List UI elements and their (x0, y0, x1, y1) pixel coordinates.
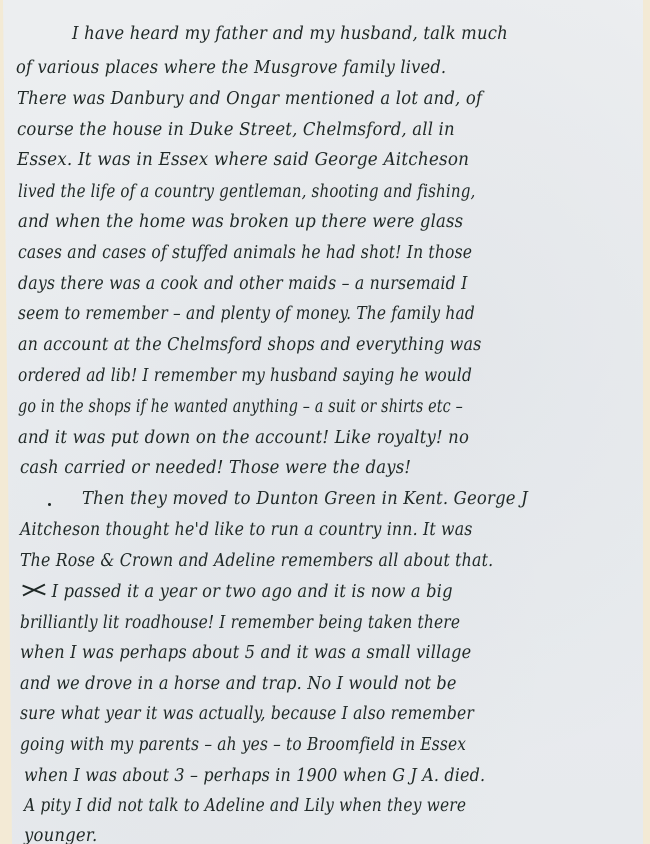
text-line-content: I passed it a year or two ago and it is … (52, 582, 453, 602)
text-line: and when the home was broken up there we… (18, 210, 463, 234)
text-line: I have heard my father and my husband, t… (72, 22, 508, 46)
text-line: cash carried or needed! Those were the d… (20, 456, 411, 480)
handwritten-letter: I have heard my father and my husband, t… (0, 0, 650, 844)
text-line: Essex. It was in Essex where said George… (17, 148, 469, 172)
text-line: when I was about 3 – perhaps in 1900 whe… (24, 764, 485, 788)
text-line: younger. (24, 824, 97, 844)
text-line: A pity I did not talk to Adeline and Lil… (24, 794, 466, 818)
text-line: I passed it a year or two ago and it is … (20, 580, 453, 604)
stray-ink-dot (48, 503, 51, 506)
text-line: course the house in Duke Street, Chelmsf… (17, 118, 455, 142)
text-line: days there was a cook and other maids – … (18, 272, 467, 296)
text-line: seem to remember – and plenty of money. … (18, 302, 475, 326)
text-line: The Rose & Crown and Adeline remembers a… (20, 549, 493, 573)
text-line: lived the life of a country gentleman, s… (18, 180, 475, 204)
text-line: go in the shops if he wanted anything – … (18, 395, 463, 419)
text-line: going with my parents – ah yes – to Broo… (20, 733, 466, 757)
scribble-strikeout (20, 583, 48, 597)
text-line: sure what year it was actually, because … (20, 702, 474, 726)
text-line: when I was perhaps about 5 and it was a … (20, 641, 471, 665)
text-line: and it was put down on the account! Like… (18, 426, 469, 450)
text-line: cases and cases of stuffed animals he ha… (18, 241, 472, 265)
text-line: ordered ad lib! I remember my husband sa… (18, 364, 472, 388)
text-line: There was Danbury and Ongar mentioned a … (17, 87, 482, 111)
text-line: and we drove in a horse and trap. No I w… (20, 672, 457, 696)
text-line: Aitcheson thought he'd like to run a cou… (20, 518, 473, 542)
text-line: an account at the Chelmsford shops and e… (18, 333, 482, 357)
text-line: brilliantly lit roadhouse! I remember be… (20, 611, 460, 635)
text-line: of various places where the Musgrove fam… (16, 56, 446, 80)
text-line: Then they moved to Dunton Green in Kent.… (82, 487, 528, 511)
